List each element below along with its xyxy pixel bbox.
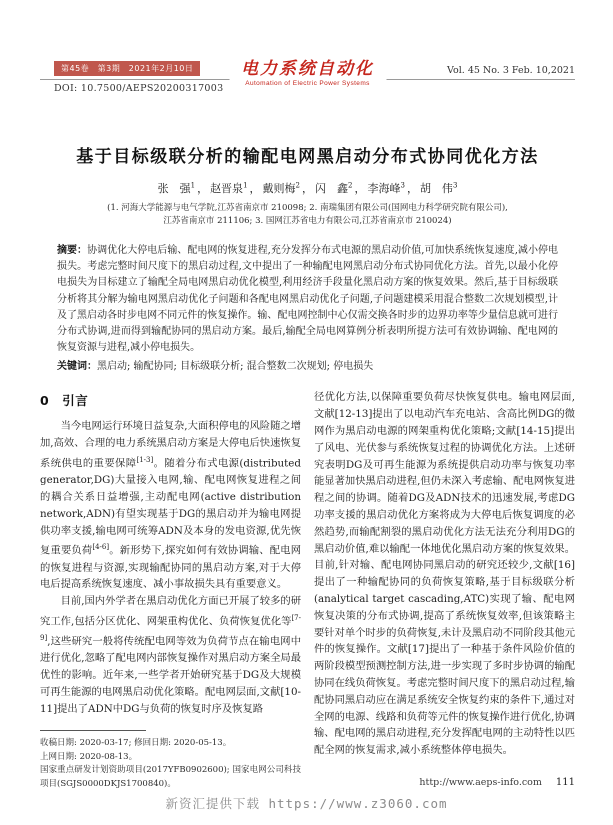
- affiliation-line: (1. 河海大学能源与电气学院,江苏省南京市 210098; 2. 南瑞集团有限…: [40, 202, 575, 215]
- paper-title: 基于目标级联分析的输配电网黑启动分布式协同优化方法: [40, 142, 575, 167]
- author-separator: ，: [354, 182, 365, 195]
- author-affiliation-mark: 3: [453, 181, 457, 189]
- author-line: 张 强1，赵晋泉1，戴则梅2，闪 鑫2，李海峰3，胡 伟3: [40, 180, 575, 196]
- author-affiliation-mark: 1: [243, 181, 247, 189]
- page-number: 111: [556, 777, 575, 788]
- author-affiliation-mark: 3: [400, 181, 404, 189]
- download-watermark: 新资汇提供下载 https://www.z3060.com: [0, 794, 613, 812]
- footnote-divider: [40, 730, 146, 731]
- author-separator: ，: [407, 182, 418, 195]
- keywords-text: 黑启动; 输配协同; 目标级联分析; 混合整数二次规划; 停电损失: [97, 361, 373, 372]
- affiliation-line: 江苏省南京市 211106; 3. 国网江苏省电力有限公司,江苏省南京市 210…: [40, 215, 575, 228]
- funding-info: 国家重点研发计划资助项目(2017YFB0902600); 国家电网公司科技项目…: [40, 764, 301, 791]
- author-separator: ，: [250, 182, 261, 195]
- citation-superscript: [4-6]: [92, 543, 109, 551]
- journal-logo-english: Automation of Electric Power Systems: [241, 79, 374, 88]
- paragraph-text: 。随着分布式电源(distributed generator,DG)大量接入电网…: [40, 457, 301, 556]
- paragraph-text: 目前,国内外学者在黑启动优化方面已开展了较多的研究工作,包括分区优化、网架重构优…: [40, 595, 301, 627]
- intro-paragraph-2: 目前,国内外学者在黑启动优化方面已开展了较多的研究工作,包括分区优化、网架重构优…: [40, 593, 301, 717]
- right-column: 径优化方法,以保障重要负荷尽快恢复供电。输电网层面,文献[12-13]提出了以电…: [314, 389, 575, 791]
- author-separator: ，: [302, 182, 313, 195]
- volume-info: Vol. 45 No. 3 Feb. 10,2021: [447, 65, 575, 76]
- author-name: 赵晋泉: [210, 182, 243, 195]
- author-affiliation-mark: 1: [191, 181, 195, 189]
- received-date: 收稿日期: 2020-03-17; 修回日期: 2020-05-13。: [40, 737, 301, 751]
- author-name: 李海峰: [367, 182, 400, 195]
- author-name: 戴则梅: [263, 182, 296, 195]
- left-column: 0引言 当今电网运行环境日益复杂,大面积停电的风险随之增加,高效、合理的电力系统…: [40, 389, 301, 791]
- affiliations: (1. 河海大学能源与电气学院,江苏省南京市 210098; 2. 南瑞集团有限…: [40, 202, 575, 228]
- section-title: 引言: [62, 393, 88, 408]
- journal-page: 第45卷 第3期 2021年2月10日 DOI: 10.7500/AEPS202…: [0, 0, 613, 825]
- page-header: 第45卷 第3期 2021年2月10日 DOI: 10.7500/AEPS202…: [40, 58, 575, 98]
- citation-superscript: [1-3]: [136, 456, 153, 464]
- footnote-block: 收稿日期: 2020-03-17; 修回日期: 2020-05-13。 上网日期…: [40, 726, 301, 791]
- abstract-label: 摘要：: [57, 245, 87, 256]
- journal-logo: 电力系统自动化 Automation of Electric Power Sys…: [229, 59, 386, 88]
- author-name: 胡 伟: [420, 182, 453, 195]
- section-number: 0: [40, 393, 49, 408]
- online-date: 上网日期: 2020-08-13。: [40, 751, 301, 765]
- doi-text: DOI: 10.7500/AEPS20200317003: [54, 83, 223, 94]
- journal-logo-chinese: 电力系统自动化: [241, 59, 374, 79]
- issue-info-badge: 第45卷 第3期 2021年2月10日: [54, 61, 200, 76]
- body-columns: 0引言 当今电网运行环境日益复杂,大面积停电的风险随之增加,高效、合理的电力系统…: [40, 389, 575, 791]
- paragraph-text: ,这些研究一般将传统配电网等效为负荷节点在输电网中进行优化,忽略了配电网内部恢复…: [40, 636, 301, 715]
- section-heading-introduction: 0引言: [40, 391, 301, 409]
- author-name: 张 强: [158, 182, 191, 195]
- intro-paragraph-1: 当今电网运行环境日益复杂,大面积停电的风险随之增加,高效、合理的电力系统黑启动方…: [40, 418, 301, 593]
- keywords-block: 关键词：黑启动; 输配协同; 目标级联分析; 混合整数二次规划; 停电损失: [57, 359, 558, 375]
- journal-url: http://www.aeps-info.com: [419, 777, 541, 788]
- abstract-block: 摘要：协调优化大停电后输、配电网的恢复进程,充分发挥分布式电源的黑启动价值,可加…: [57, 243, 558, 356]
- keywords-label: 关键词：: [57, 361, 97, 372]
- author-affiliation-mark: 2: [296, 181, 300, 189]
- author-affiliation-mark: 2: [348, 181, 352, 189]
- abstract-text: 协调优化大停电后输、配电网的恢复进程,充分发挥分布式电源的黑启动价值,可加快系统…: [57, 245, 558, 353]
- page-footer: http://www.aeps-info.com111: [419, 777, 575, 788]
- author-name: 闪 鑫: [315, 182, 348, 195]
- intro-paragraph-continued: 径优化方法,以保障重要负荷尽快恢复供电。输电网层面,文献[12-13]提出了以电…: [314, 389, 575, 759]
- author-separator: ，: [197, 182, 208, 195]
